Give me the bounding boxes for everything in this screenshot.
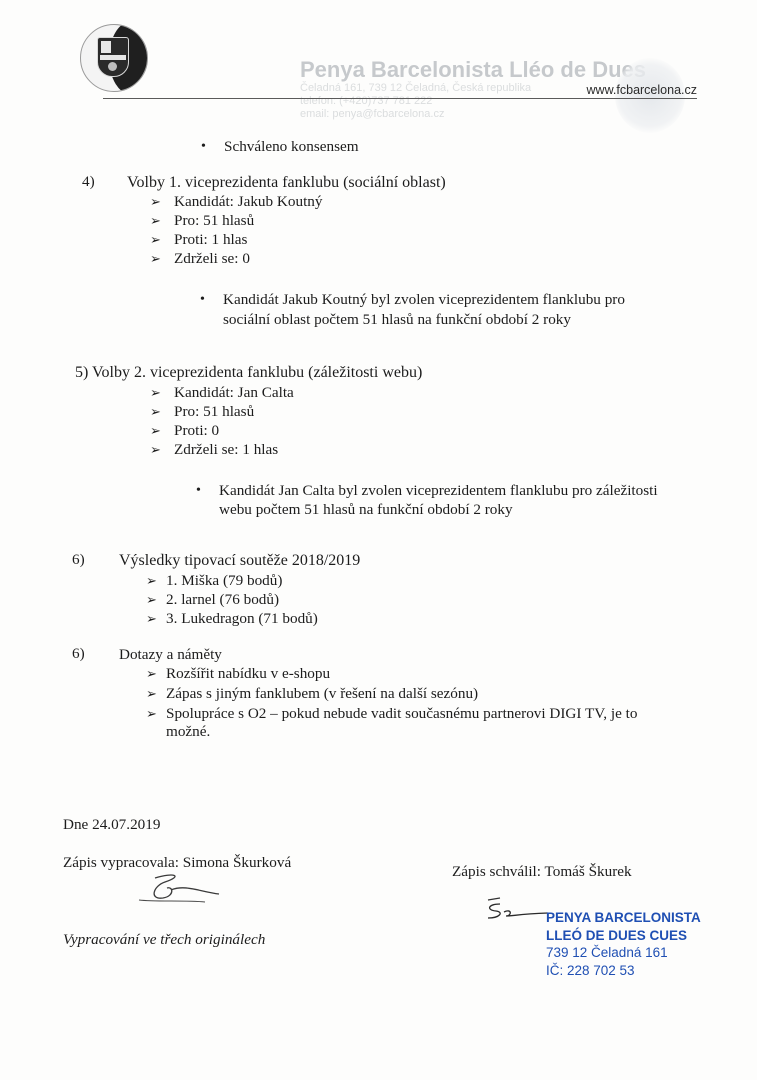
section-4-result-line2: sociální oblast počtem 51 hlasů na funkč… bbox=[223, 310, 571, 329]
section-5-result-line2: webu počtem 51 hlasů na funkční období 2… bbox=[219, 500, 513, 519]
arrow-bullet-icon: ➢ bbox=[150, 385, 161, 401]
list-item: Proti: 1 hlas bbox=[174, 230, 247, 249]
list-item: Zápas s jiným fanklubem (v řešení na dal… bbox=[166, 684, 478, 703]
stamp-line: PENYA BARCELONISTA bbox=[546, 909, 701, 927]
club-logo-icon bbox=[80, 24, 148, 92]
list-item: Zdrželi se: 0 bbox=[174, 249, 250, 268]
list-item: Pro: 51 hlasů bbox=[174, 402, 254, 421]
section-6a-number: 6) bbox=[72, 551, 85, 569]
arrow-bullet-icon: ➢ bbox=[150, 232, 161, 248]
ghost-line: email: penya@fcbarcelona.cz bbox=[300, 108, 531, 121]
ghost-title: Penya Barcelonista Lléo de Dues bbox=[300, 57, 646, 83]
approved-consensus-bullet: Schváleno konsensem bbox=[224, 137, 359, 156]
ghost-line: Čeladná 161, 739 12 Čeladná, Česká repub… bbox=[300, 82, 531, 95]
header-divider bbox=[103, 98, 697, 99]
shield-lion bbox=[101, 41, 111, 53]
list-item: Kandidát: Jakub Koutný bbox=[174, 192, 322, 211]
list-item: Spolupráce s O2 – pokud nebude vadit sou… bbox=[166, 704, 637, 723]
section-4-result-line1: Kandidát Jakub Koutný byl zvolen vicepre… bbox=[223, 290, 625, 309]
arrow-bullet-icon: ➢ bbox=[146, 666, 157, 682]
section-5-title: Volby 2. viceprezidenta fanklubu (záleži… bbox=[92, 364, 422, 381]
stamp-line: 739 12 Čeladná 161 bbox=[546, 944, 701, 962]
list-item: Pro: 51 hlasů bbox=[174, 211, 254, 230]
section-5-heading: 5) Volby 2. viceprezidenta fanklubu (zál… bbox=[75, 363, 422, 382]
section-4-number: 4) bbox=[82, 173, 95, 191]
arrow-bullet-icon: ➢ bbox=[150, 251, 161, 267]
list-item: 2. larnel (76 bodů) bbox=[166, 590, 279, 609]
stamp-line: IČ: 228 702 53 bbox=[546, 962, 701, 980]
arrow-bullet-icon: ➢ bbox=[150, 213, 161, 229]
section-6b-number: 6) bbox=[72, 645, 85, 663]
section-6a-title: Výsledky tipovací soutěže 2018/2019 bbox=[119, 551, 360, 570]
section-4-title: Volby 1. viceprezidenta fanklubu (sociál… bbox=[127, 173, 446, 192]
list-item: Proti: 0 bbox=[174, 421, 219, 440]
arrow-bullet-icon: ➢ bbox=[146, 573, 157, 589]
document-date: Dne 24.07.2019 bbox=[63, 815, 160, 834]
logo-shield bbox=[97, 37, 129, 77]
list-item: Zdrželi se: 1 hlas bbox=[174, 440, 278, 459]
list-item-continuation: možné. bbox=[166, 722, 210, 741]
shield-ball bbox=[108, 62, 117, 71]
website-url: www.fcbarcelona.cz bbox=[587, 83, 697, 97]
arrow-bullet-icon: ➢ bbox=[146, 706, 157, 722]
list-item: Rozšířit nabídku v e-shopu bbox=[166, 664, 330, 683]
arrow-bullet-icon: ➢ bbox=[150, 442, 161, 458]
list-item: Kandidát: Jan Calta bbox=[174, 383, 294, 402]
list-item: 3. Lukedragon (71 bodů) bbox=[166, 609, 318, 628]
signature-preparer-icon bbox=[135, 870, 225, 910]
arrow-bullet-icon: ➢ bbox=[150, 194, 161, 210]
section-6b-title: Dotazy a náměty bbox=[119, 645, 222, 664]
section-5-result-line1: Kandidát Jan Calta byl zvolen viceprezid… bbox=[219, 481, 658, 500]
ghost-address: Čeladná 161, 739 12 Čeladná, Česká repub… bbox=[300, 82, 531, 121]
arrow-bullet-icon: ➢ bbox=[146, 686, 157, 702]
arrow-bullet-icon: ➢ bbox=[150, 423, 161, 439]
list-item: 1. Miška (79 bodů) bbox=[166, 571, 282, 590]
ghost-line: telefon: (+420)737 781 222 bbox=[300, 95, 531, 108]
signature-approver-icon bbox=[478, 896, 552, 924]
stamp-line: LLEÓ DE DUES CUES bbox=[546, 927, 701, 945]
approved-by: Zápis schválil: Tomáš Škurek bbox=[452, 862, 632, 881]
arrow-bullet-icon: ➢ bbox=[146, 592, 157, 608]
shield-band bbox=[100, 55, 126, 60]
arrow-bullet-icon: ➢ bbox=[150, 404, 161, 420]
document-page: Penya Barcelonista Lléo de Dues Čeladná … bbox=[0, 0, 757, 1080]
copies-note: Vypracování ve třech originálech bbox=[63, 930, 265, 949]
arrow-bullet-icon: ➢ bbox=[146, 611, 157, 627]
club-stamp: PENYA BARCELONISTA LLEÓ DE DUES CUES 739… bbox=[546, 909, 701, 979]
section-5-number: 5) bbox=[75, 364, 88, 381]
